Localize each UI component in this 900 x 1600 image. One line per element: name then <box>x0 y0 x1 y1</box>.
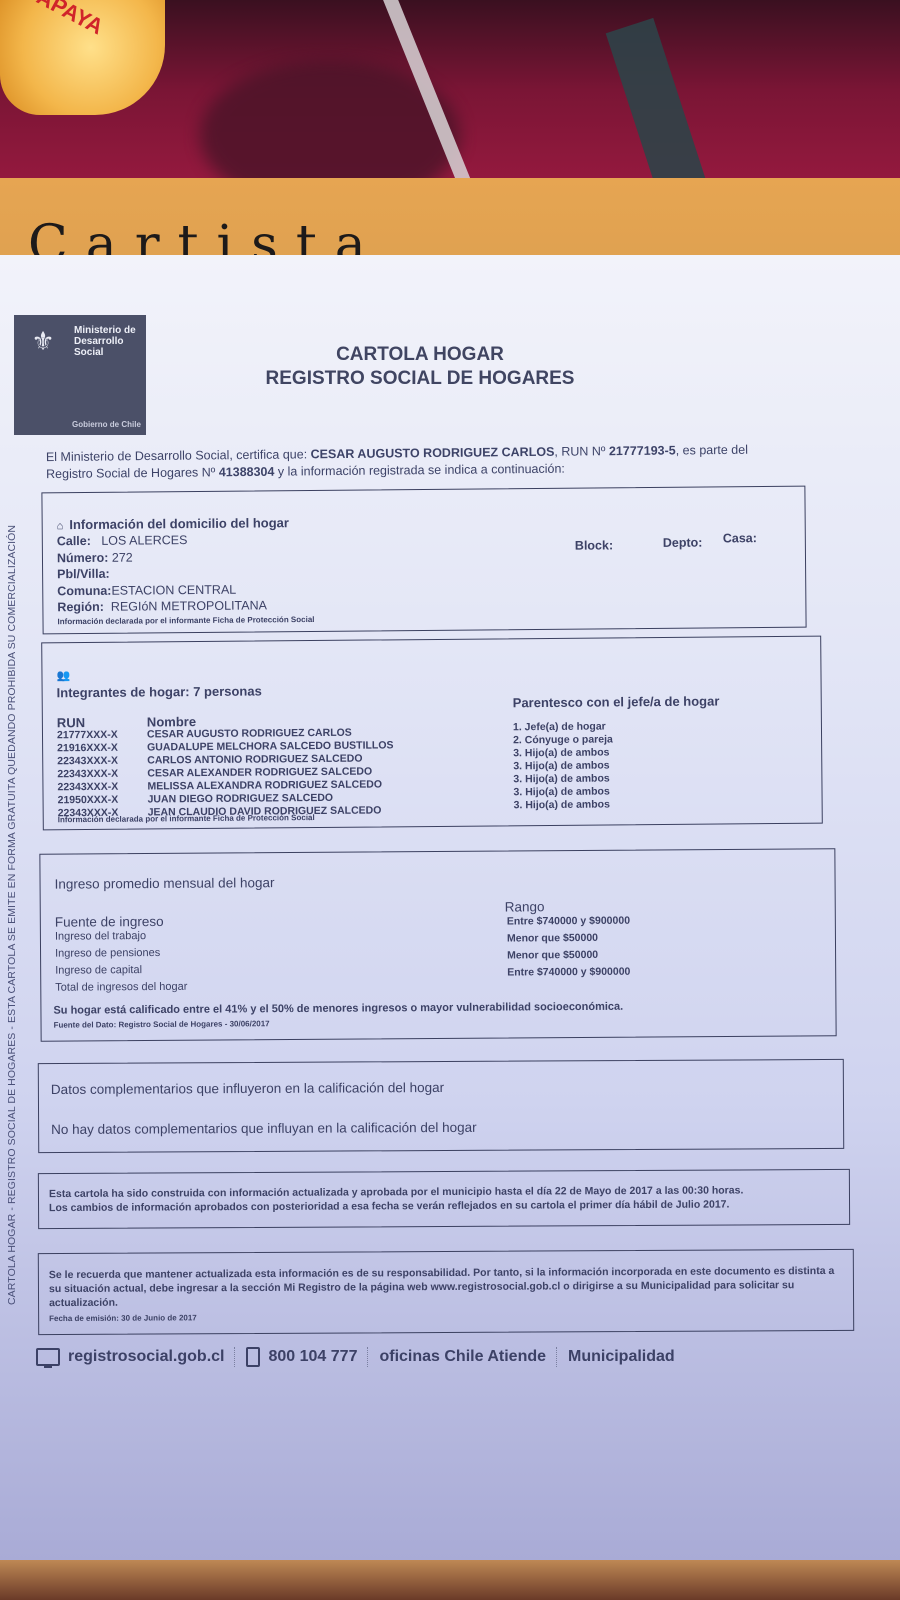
income-range: Entre $740000 y $900000 <box>507 966 630 979</box>
coat-of-arms-icon: ⚜ <box>22 323 64 359</box>
member-run: 21950XXX-X <box>58 794 119 807</box>
members-source-note: Información declarada por el informante … <box>58 813 315 824</box>
website-link[interactable]: registrosocial.gob.cl <box>68 1348 224 1366</box>
income-source: Ingreso de pensiones <box>55 947 160 960</box>
member-relation: 3. Hijo(a) de ambos <box>513 772 609 785</box>
member-relation: 3. Hijo(a) de ambos <box>513 785 609 798</box>
side-disclaimer: CARTOLA HOGAR - REGISTRO SOCIAL DE HOGAR… <box>6 525 18 1305</box>
reminder-body: Se le recuerda que mantener actualizada … <box>49 1264 839 1310</box>
document-title: CARTOLA HOGAR REGISTRO SOCIAL DE HOGARES <box>150 343 690 391</box>
block-label: Block: <box>575 538 613 552</box>
income-range: Entre $740000 y $900000 <box>507 915 630 928</box>
government-label: Gobierno de Chile <box>72 420 141 429</box>
address-comuna: Comuna:ESTACION CENTRAL <box>57 583 236 599</box>
members-title: Integrantes de hogar: 7 personas <box>57 683 262 700</box>
table-edge <box>0 1555 900 1600</box>
complementary-title: Datos complementarios que influyeron en … <box>51 1080 444 1097</box>
member-run: 22343XXX-X <box>57 781 118 794</box>
casa-label: Casa: <box>723 531 757 545</box>
col-run-header: RUN <box>57 715 85 730</box>
footer-divider <box>234 1347 236 1367</box>
home-icon: ⌂ <box>57 520 64 532</box>
address-source-note: Información declarada por el informante … <box>57 615 314 626</box>
income-data-source: Fuente del Dato: Registro Social de Hoga… <box>54 1019 270 1030</box>
soda-bottle: PAPAYA <box>0 0 165 115</box>
address-region: Región: REGIóN METROPOLITANA <box>57 598 267 614</box>
reminder-section: Se le recuerda que mantener actualizada … <box>38 1249 854 1335</box>
person-name: CESAR AUGUSTO RODRIGUEZ CARLOS <box>311 445 555 462</box>
complementary-data-section: Datos complementarios que influyeron en … <box>38 1059 844 1153</box>
complementary-body: No hay datos complementarios que influya… <box>51 1120 477 1137</box>
member-relation: 2. Cónyuge o pareja <box>513 733 613 746</box>
member-relation: 1. Jefe(a) de hogar <box>513 720 606 733</box>
update-notice-line2: Los cambios de información aprobados con… <box>49 1199 729 1215</box>
household-members-section: 👥 Integrantes de hogar: 7 personas RUN N… <box>41 636 823 831</box>
certification-intro: El Ministerio de Desarrollo Social, cert… <box>46 441 826 483</box>
income-source: Total de ingresos del hogar <box>55 981 187 994</box>
income-range: Menor que $50000 <box>507 949 598 962</box>
member-run: 22343XXX-X <box>57 755 118 768</box>
member-name: CARLOS ANTONIO RODRIGUEZ SALCEDO <box>147 753 362 767</box>
member-relation: 3. Hijo(a) de ambos <box>513 759 609 772</box>
address-street: Calle: LOS ALERCES <box>57 533 188 548</box>
income-source: Ingreso de capital <box>55 964 142 977</box>
phone-icon <box>246 1347 260 1367</box>
depto-label: Depto: <box>663 536 703 550</box>
ministry-logo: ⚜ Ministerio de Desarrollo Social Gobier… <box>14 315 146 435</box>
col-source-header: Fuente de ingreso <box>55 914 164 930</box>
col-relation-header: Parentesco con el jefe/a de hogar <box>513 693 720 710</box>
address-villa: Pbl/Villa: <box>57 567 110 581</box>
update-notice-section: Esta cartola ha sido construida con info… <box>38 1169 850 1229</box>
people-icon: 👥 <box>56 669 70 682</box>
member-name: CESAR ALEXANDER RODRIGUEZ SALCEDO <box>147 766 372 780</box>
address-section: ⌂Información del domicilio del hogar Cal… <box>41 486 806 635</box>
members-table: 21777XXX-XCESAR AUGUSTO RODRIGUEZ CARLOS… <box>42 637 820 644</box>
person-run: 21777193-5 <box>609 443 676 458</box>
income-table: Ingreso del trabajoEntre $740000 y $9000… <box>40 849 834 855</box>
update-notice-line1: Esta cartola ha sido construida con info… <box>49 1184 743 1200</box>
footer-divider <box>367 1347 369 1367</box>
member-run: 22343XXX-X <box>57 768 118 781</box>
col-range-header: Rango <box>505 899 545 914</box>
member-name: GUADALUPE MELCHORA SALCEDO BUSTILLOS <box>147 739 393 753</box>
income-source: Ingreso del trabajo <box>55 930 146 943</box>
document-paper: CARTOLA HOGAR - REGISTRO SOCIAL DE HOGAR… <box>0 255 900 1560</box>
address-title: ⌂Información del domicilio del hogar <box>57 515 289 532</box>
municipality-label: Municipalidad <box>568 1348 675 1366</box>
address-number: Número: 272 <box>57 551 133 566</box>
qualification-text: Su hogar está calificado entre el 41% y … <box>53 1001 623 1017</box>
issue-date: Fecha de emisión: 30 de Junio de 2017 <box>49 1313 197 1323</box>
phone-number: 800 104 777 <box>268 1348 357 1366</box>
member-run: 21777XXX-X <box>57 729 118 742</box>
income-range: Menor que $50000 <box>507 932 598 945</box>
member-relation: 3. Hijo(a) de ambos <box>513 746 609 759</box>
member-name: JUAN DIEGO RODRIGUEZ SALCEDO <box>148 792 334 806</box>
member-name: CESAR AUGUSTO RODRIGUEZ CARLOS <box>147 727 352 741</box>
income-title: Ingreso promedio mensual del hogar <box>55 875 275 892</box>
member-relation: 3. Hijo(a) de ambos <box>514 798 610 811</box>
offices-label: oficinas Chile Atiende <box>379 1348 546 1366</box>
member-run: 21916XXX-X <box>57 742 118 755</box>
ministry-name: Ministerio de Desarrollo Social <box>74 325 136 358</box>
monitor-icon <box>36 1348 60 1366</box>
registry-number: 41388304 <box>219 465 275 480</box>
member-name: MELISSA ALEXANDRA RODRIGUEZ SALCEDO <box>147 778 382 792</box>
contact-footer: registrosocial.gob.cl 800 104 777 oficin… <box>36 1347 675 1367</box>
income-section: Ingreso promedio mensual del hogar Fuent… <box>39 848 836 1042</box>
bottle-label: PAPAYA <box>21 0 108 40</box>
footer-divider <box>556 1347 558 1367</box>
